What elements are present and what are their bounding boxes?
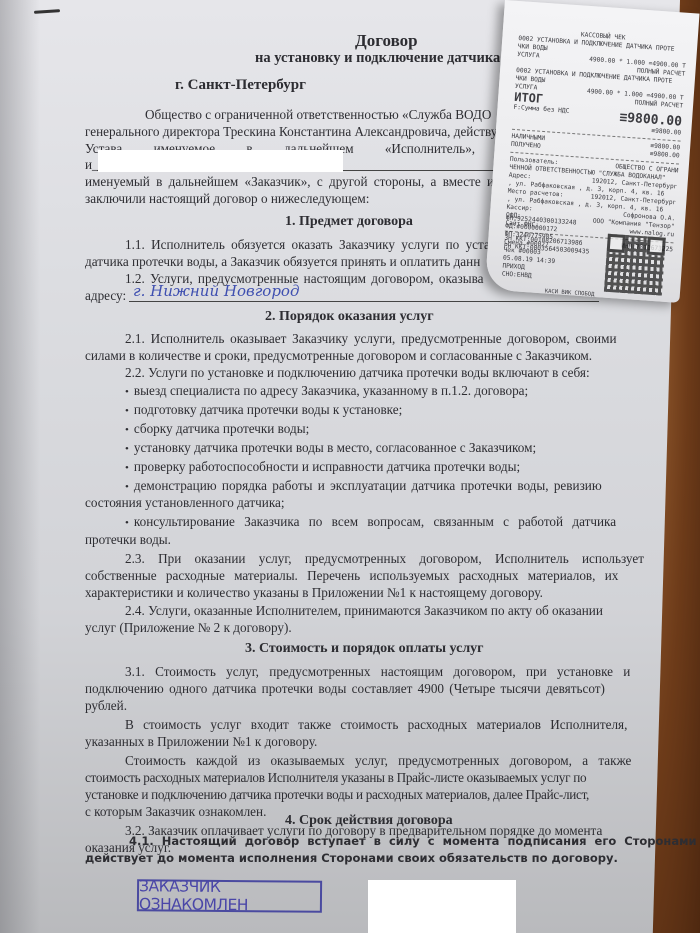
- receipt-received-value: ≡9800.00: [649, 150, 679, 160]
- clause-line: адресу:: [85, 287, 126, 304]
- contract-city: г. Санкт-Петербург: [175, 77, 306, 94]
- receipt-fiscal-meta: ФН:9252440300133248 ФД:#0000000172 ФП:32…: [502, 215, 606, 286]
- clause-line: датчика протечки воды, а Заказчик обязуе…: [85, 253, 480, 270]
- service-bullet-continuation: состояния установленного датчика;: [85, 494, 285, 511]
- preamble-line: Общество с ограниченной ответственностью…: [145, 106, 491, 123]
- cash-receipt: КАССОВЫЙ ЧЕК 0002 УСТАНОВКА И ПОДКЛЮЧЕНИ…: [485, 0, 700, 303]
- service-bullet: выезд специалиста по адресу Заказчика, у…: [125, 382, 528, 401]
- clause-line: Стоимость каждой из оказываемых услуг, п…: [125, 752, 631, 769]
- clause-line: 2.1. Исполнитель оказывает Заказчику усл…: [125, 330, 617, 347]
- service-bullet-continuation: протечки воды.: [85, 531, 171, 548]
- clause-line: силами в количестве и сроки, предусмотре…: [85, 347, 592, 364]
- clause-line: действует до момента исполнения Сторонам…: [85, 850, 618, 867]
- section-heading-2: 2. Порядок оказания услуг: [265, 308, 434, 325]
- clause-line: стоимость расходных материалов Исполните…: [85, 769, 586, 786]
- clause-line: с которым Заказчик ознакомлен.: [85, 803, 266, 820]
- clause-line: 4.1. Настоящий договор вступает в силу с…: [129, 833, 700, 850]
- preamble-line: именуемый в дальнейшем «Заказчик», с дру…: [85, 173, 515, 190]
- preamble-line: генерального директора Трескина Констант…: [85, 123, 507, 140]
- clause-line: установке и подключению датчика протечки…: [85, 786, 589, 803]
- clause-line: указанных в Приложении №1 к договору.: [85, 733, 317, 750]
- customer-acknowledged-stamp: ЗАКАЗЧИК ОЗНАКОМЛЕН: [137, 879, 322, 913]
- clause-line: 2.2. Услуги по установке и подключению д…: [125, 364, 590, 381]
- document-title: Договор: [355, 32, 418, 49]
- clause-line: характеристики и количество указаны в Пр…: [85, 584, 543, 601]
- service-bullet: подготовку датчика протечки воды к устан…: [125, 401, 402, 420]
- section-heading-4: 4. Срок действия договора: [285, 812, 453, 829]
- redacted-customer-name: [98, 150, 343, 172]
- clause-line: 3.1. Стоимость услуг, предусмотренных на…: [125, 663, 630, 680]
- section-heading-1: 1. Предмет договора: [285, 213, 413, 230]
- clause-line: рублей.: [85, 697, 127, 714]
- service-bullet: проверку работоспособности и исправности…: [125, 458, 520, 477]
- clause-line: 1.1. Исполнитель обязуется оказать Заказ…: [125, 236, 497, 253]
- handwritten-address: г. Нижний Новгород: [133, 283, 299, 300]
- preamble-line: заключили настоящий договор о нижеследую…: [85, 190, 369, 207]
- clause-line: подключению одного датчика протечки воды…: [85, 680, 605, 697]
- service-bullet: сборку датчика протечки воды;: [125, 420, 309, 439]
- receipt-received-label: ПОЛУЧЕНО: [511, 141, 541, 151]
- redacted-signature: [368, 880, 516, 933]
- clause-line: 2.3. При оказании услуг, предусмотренных…: [125, 550, 644, 567]
- page-shadow: [0, 0, 40, 933]
- section-heading-3: 3. Стоимость и порядок оплаты услуг: [245, 640, 484, 657]
- service-bullet: консультирование Заказчика по всем вопро…: [125, 513, 616, 532]
- address-line: [129, 301, 599, 302]
- clause-line: собственные расходные материалы. Перечен…: [85, 567, 618, 584]
- clause-line: В стоимость услуг входит также стоимость…: [125, 716, 627, 733]
- clause-line: услуг (Приложение № 2 к договору).: [85, 619, 292, 636]
- qr-code-icon: [604, 234, 666, 296]
- pen-mark: [34, 9, 60, 14]
- receipt-item-label: УСЛУГА: [517, 51, 540, 61]
- service-bullet: установку датчика протечки воды в место,…: [125, 439, 536, 458]
- clause-line: 2.4. Услуги, оказанные Исполнителем, при…: [125, 602, 603, 619]
